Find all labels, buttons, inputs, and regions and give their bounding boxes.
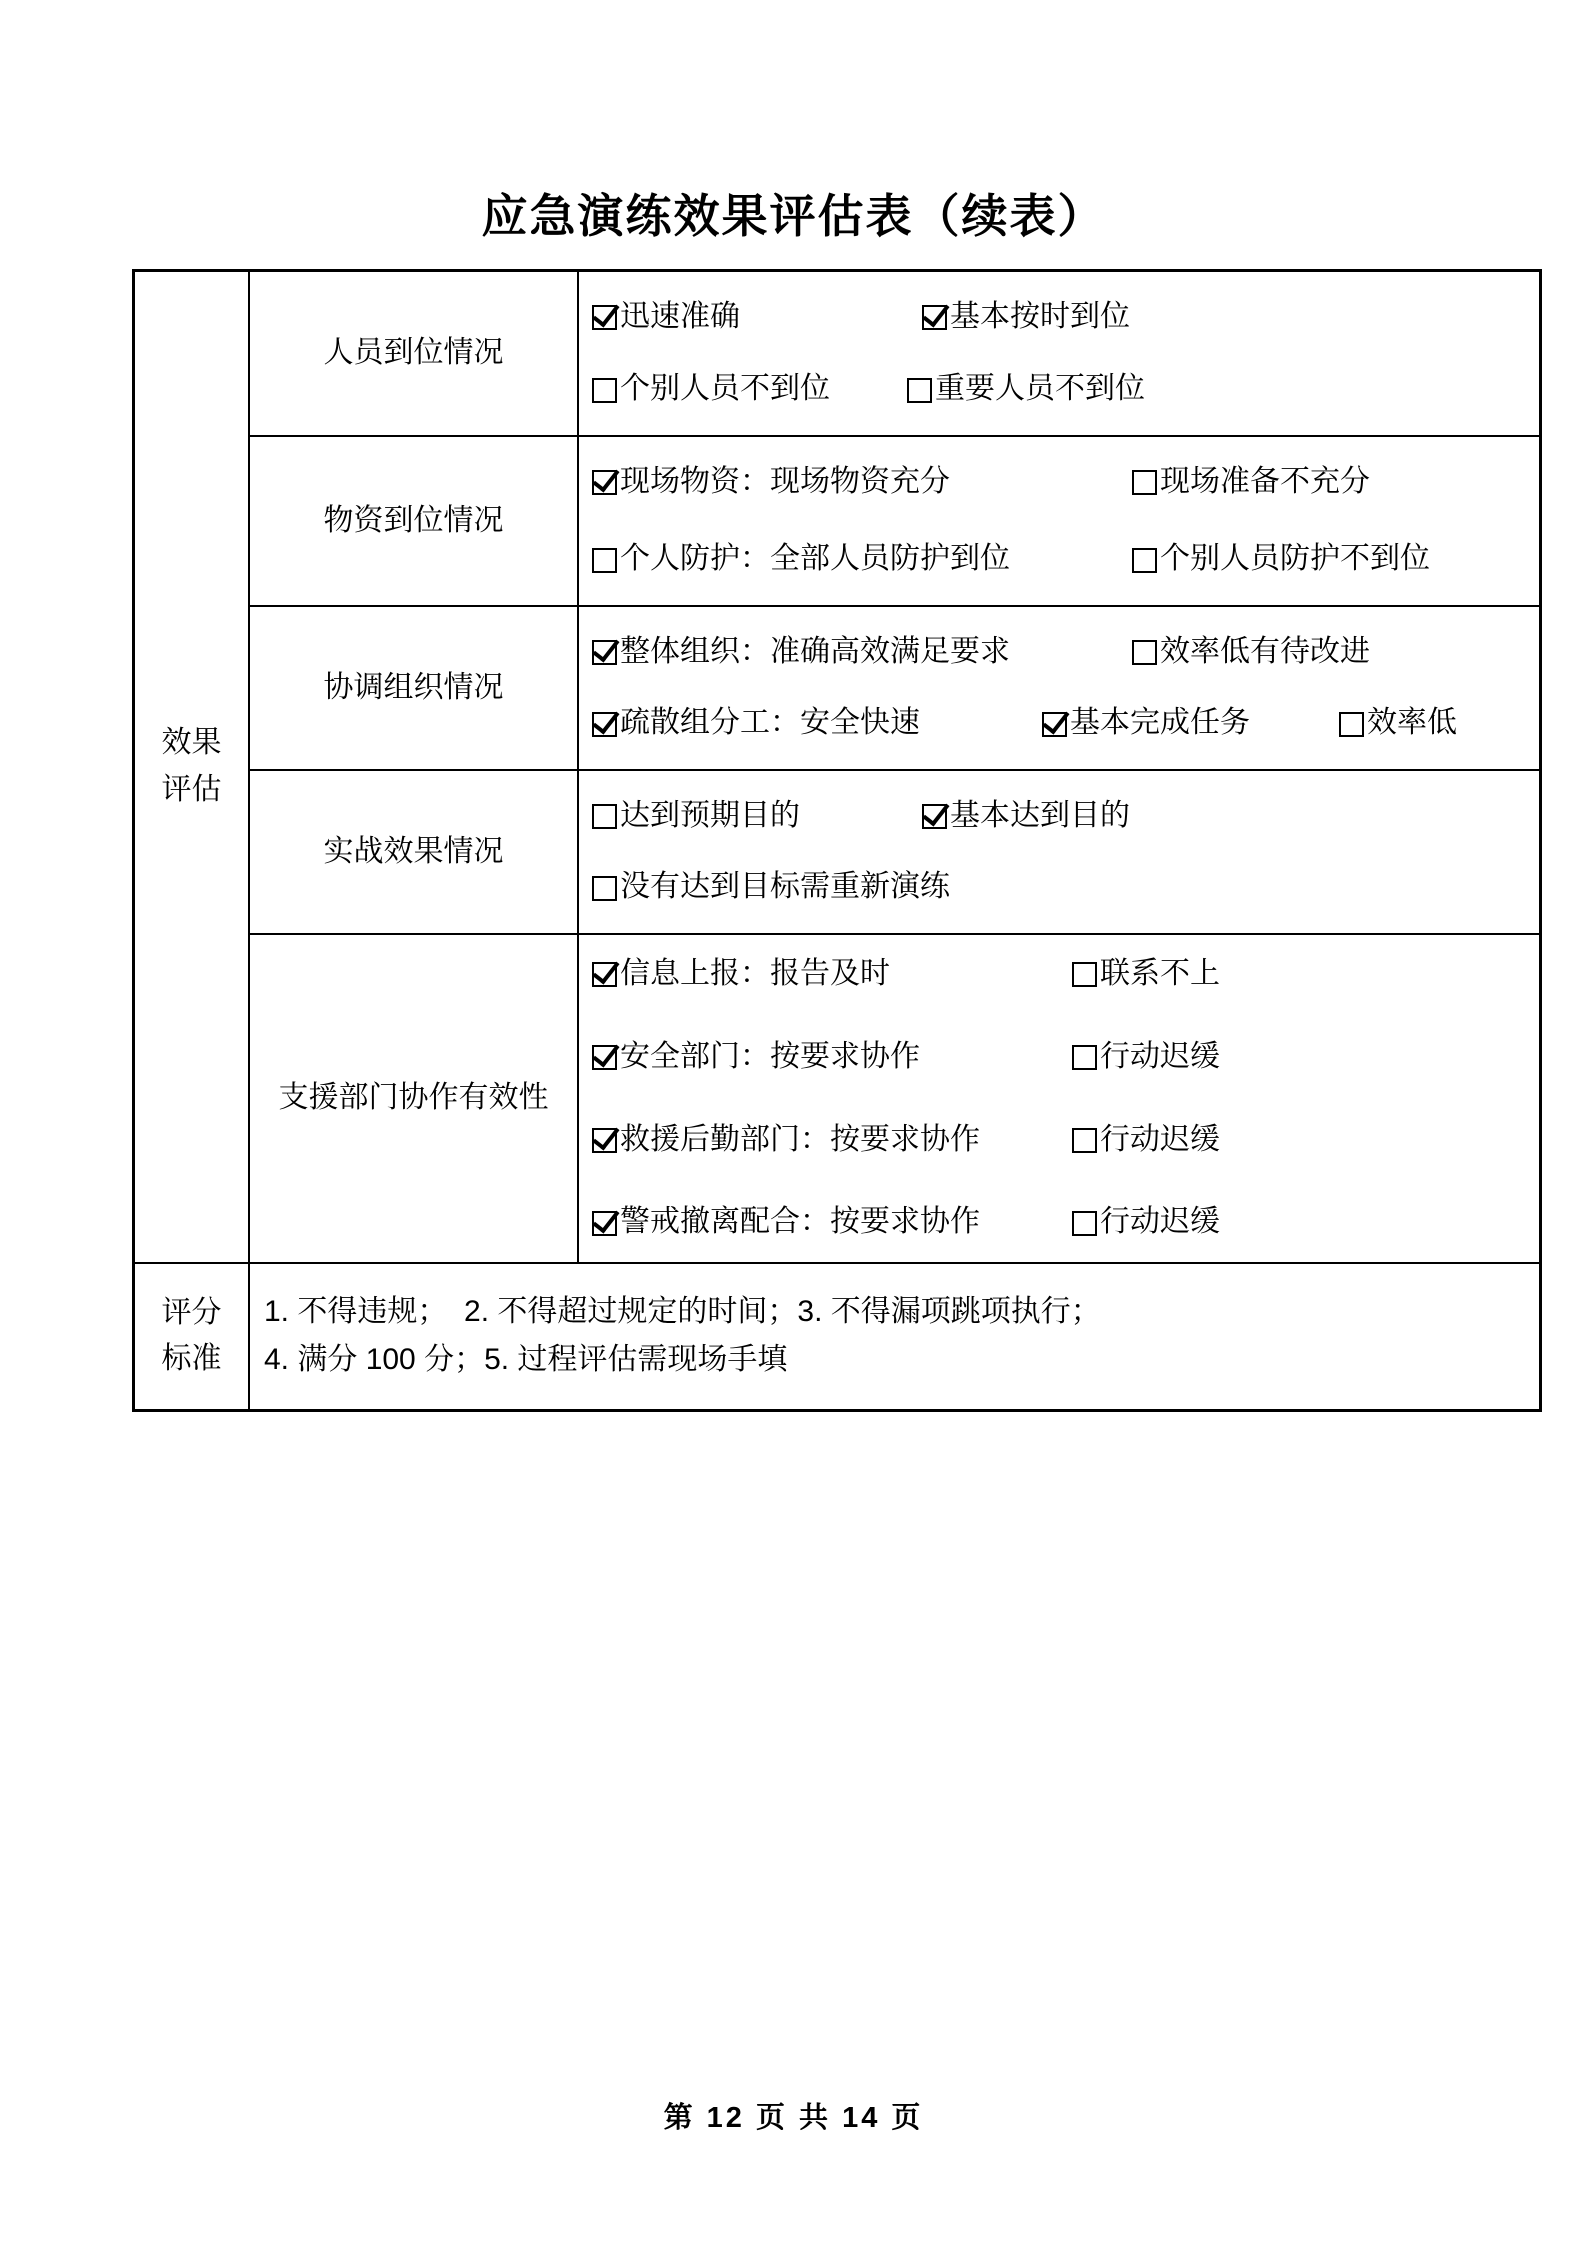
option-label: 基本完成任务 [1070, 706, 1250, 741]
option-label: 行动迟缓 [1100, 1040, 1220, 1075]
row-label-supplies: 物资到位情况 [250, 437, 579, 607]
row-label-support-depts: 支援部门协作有效性 [250, 935, 579, 1264]
checkbox-icon [1042, 712, 1067, 737]
checkbox-icon [922, 305, 947, 330]
checkbox-icon [592, 712, 617, 737]
option-label: 安全部门：按要求协作 [620, 1040, 920, 1075]
group-label-line1: 效果 [162, 720, 222, 767]
checkbox-option: 联系不上 [1072, 957, 1220, 992]
row-label-personnel: 人员到位情况 [250, 272, 579, 437]
checkbox-option: 效率低 [1339, 706, 1457, 741]
checkbox-icon [907, 378, 932, 403]
checkbox-option: 基本完成任务 [1042, 706, 1339, 741]
option-label: 个别人员防护不到位 [1160, 542, 1430, 577]
checkbox-option: 个别人员不到位 [592, 372, 907, 407]
score-criteria-line2: 4. 满分 100 分；5. 过程评估需现场手填 [264, 1336, 1539, 1384]
checkbox-icon [1072, 1211, 1097, 1236]
checkbox-icon [592, 378, 617, 403]
checkbox-icon [1132, 470, 1157, 495]
checkbox-icon [592, 470, 617, 495]
score-label-line2: 标准 [162, 1336, 222, 1383]
checkbox-icon [592, 640, 617, 665]
option-label: 个别人员不到位 [620, 372, 830, 407]
checkbox-icon [592, 548, 617, 573]
checkbox-option: 信息上报：报告及时 [592, 957, 1072, 992]
checkbox-option: 行动迟缓 [1072, 1040, 1220, 1075]
checkbox-option: 重要人员不到位 [907, 372, 1145, 407]
checkbox-option: 疏散组分工：安全快速 [592, 706, 1042, 741]
option-line: 个人防护：全部人员防护到位 个别人员防护不到位 [592, 542, 1531, 577]
option-line: 达到预期目的 基本达到目的 [592, 799, 1531, 834]
row-content-support-depts: 信息上报：报告及时 联系不上 安全部门：按要求协作 行动迟缓 救援后勤部门：按要… [579, 935, 1539, 1264]
checkbox-option: 个别人员防护不到位 [1132, 542, 1430, 577]
option-label: 行动迟缓 [1100, 1123, 1220, 1158]
option-label: 现场物资：现场物资充分 [620, 465, 950, 500]
option-label: 基本达到目的 [950, 799, 1130, 834]
checkbox-option: 效率低有待改进 [1132, 635, 1370, 670]
option-label: 整体组织：准确高效满足要求 [620, 635, 1010, 670]
checkbox-option: 警戒撤离配合：按要求协作 [592, 1205, 1072, 1240]
page-footer: 第 12 页 共 14 页 [0, 2095, 1587, 2136]
option-line: 现场物资：现场物资充分 现场准备不充分 [592, 465, 1531, 500]
row-content-practical-effect: 达到预期目的 基本达到目的 没有达到目标需重新演练 [579, 771, 1539, 935]
group-header-cell: 效果 评估 [135, 272, 250, 1264]
option-label: 迅速准确 [620, 300, 740, 335]
checkbox-icon [592, 305, 617, 330]
option-label: 疏散组分工：安全快速 [620, 706, 920, 741]
option-line: 救援后勤部门：按要求协作 行动迟缓 [592, 1123, 1531, 1158]
group-label-line2: 评估 [162, 767, 222, 814]
score-criteria-line1: 1. 不得违规； 2. 不得超过规定的时间；3. 不得漏项跳项执行； [264, 1288, 1539, 1336]
option-line: 没有达到目标需重新演练 [592, 870, 1531, 905]
checkbox-icon [592, 1211, 617, 1236]
checkbox-icon [1072, 1128, 1097, 1153]
checkbox-icon [1132, 640, 1157, 665]
checkbox-option: 达到预期目的 [592, 799, 922, 834]
page-title: 应急演练效果评估表（续表） [0, 190, 1587, 243]
checkbox-option: 行动迟缓 [1072, 1205, 1220, 1240]
checkbox-icon [592, 1045, 617, 1070]
evaluation-table: 效果 评估 人员到位情况 迅速准确 基本按时到位 个别人员不到位 重要人员 [132, 269, 1542, 1412]
checkbox-option: 个人防护：全部人员防护到位 [592, 542, 1132, 577]
option-label: 信息上报：报告及时 [620, 957, 890, 992]
option-label: 个人防护：全部人员防护到位 [620, 542, 1010, 577]
row-content-coordination: 整体组织：准确高效满足要求 效率低有待改进 疏散组分工：安全快速 基本完成任务 … [579, 607, 1539, 771]
checkbox-icon [1339, 712, 1364, 737]
option-label: 效率低有待改进 [1160, 635, 1370, 670]
score-criteria-content-cell: 1. 不得违规； 2. 不得超过规定的时间；3. 不得漏项跳项执行； 4. 满分… [250, 1264, 1539, 1409]
checkbox-icon [592, 876, 617, 901]
option-label: 警戒撤离配合：按要求协作 [620, 1205, 980, 1240]
checkbox-option: 现场准备不充分 [1132, 465, 1370, 500]
checkbox-icon [592, 962, 617, 987]
option-label: 达到预期目的 [620, 799, 800, 834]
checkbox-icon [1072, 962, 1097, 987]
row-label-coordination: 协调组织情况 [250, 607, 579, 771]
checkbox-icon [592, 804, 617, 829]
checkbox-option: 行动迟缓 [1072, 1123, 1220, 1158]
checkbox-option: 没有达到目标需重新演练 [592, 870, 950, 905]
checkbox-option: 救援后勤部门：按要求协作 [592, 1123, 1072, 1158]
option-label: 重要人员不到位 [935, 372, 1145, 407]
option-label: 行动迟缓 [1100, 1205, 1220, 1240]
checkbox-option: 基本按时到位 [922, 300, 1130, 335]
option-line: 个别人员不到位 重要人员不到位 [592, 372, 1531, 407]
option-label: 救援后勤部门：按要求协作 [620, 1123, 980, 1158]
row-label-practical-effect: 实战效果情况 [250, 771, 579, 935]
score-criteria-label-cell: 评分 标准 [135, 1264, 250, 1409]
checkbox-icon [1132, 548, 1157, 573]
checkbox-option: 基本达到目的 [922, 799, 1130, 834]
checkbox-option: 迅速准确 [592, 300, 922, 335]
option-line: 整体组织：准确高效满足要求 效率低有待改进 [592, 635, 1531, 670]
checkbox-option: 现场物资：现场物资充分 [592, 465, 1132, 500]
option-label: 现场准备不充分 [1160, 465, 1370, 500]
checkbox-option: 整体组织：准确高效满足要求 [592, 635, 1132, 670]
option-label: 基本按时到位 [950, 300, 1130, 335]
option-label: 联系不上 [1100, 957, 1220, 992]
score-label-line1: 评分 [162, 1290, 222, 1337]
row-content-personnel: 迅速准确 基本按时到位 个别人员不到位 重要人员不到位 [579, 272, 1539, 437]
option-label: 效率低 [1367, 706, 1457, 741]
option-line: 安全部门：按要求协作 行动迟缓 [592, 1040, 1531, 1075]
option-label: 没有达到目标需重新演练 [620, 870, 950, 905]
option-line: 警戒撤离配合：按要求协作 行动迟缓 [592, 1205, 1531, 1240]
row-content-supplies: 现场物资：现场物资充分 现场准备不充分 个人防护：全部人员防护到位 个别人员防护… [579, 437, 1539, 607]
checkbox-icon [592, 1128, 617, 1153]
option-line: 疏散组分工：安全快速 基本完成任务 效率低 [592, 706, 1531, 741]
option-line: 信息上报：报告及时 联系不上 [592, 957, 1531, 992]
checkbox-option: 安全部门：按要求协作 [592, 1040, 1072, 1075]
option-line: 迅速准确 基本按时到位 [592, 300, 1531, 335]
checkbox-icon [1072, 1045, 1097, 1070]
checkbox-icon [922, 804, 947, 829]
